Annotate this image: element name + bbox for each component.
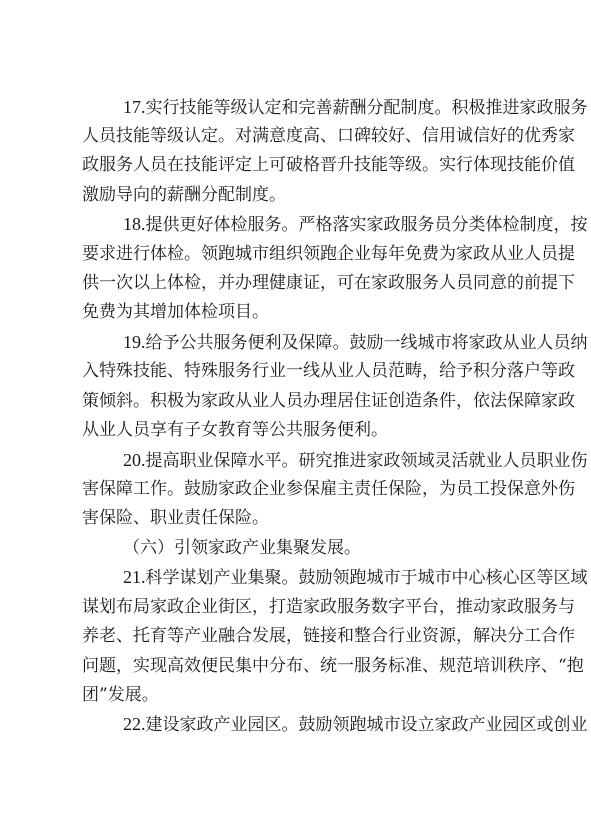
line-text: 科学谋划产业集聚。鼓励领跑城市于城市中心核心区等区域 <box>146 568 588 588</box>
text-line: 免费为其增加体检项目。 <box>82 298 513 327</box>
paragraph-section6: （六）引领家政产业集聚发展。 <box>82 534 513 563</box>
line-text: 给予公共服务便利及保障。鼓励一线城市将家政从业人员纳 <box>146 333 588 353</box>
text-line: 20.提高职业保障水平。研究推进家政领域灵活就业人员职业伤 <box>82 446 513 475</box>
line-text: 政服务人员在技能评定上可破格晋升技能等级。实行体现技能价值 <box>82 155 575 175</box>
text-line: 策倾斜。积极为家政从业人员办理居住证创造条件，依法保障家政 <box>82 387 513 416</box>
text-line: 19.给予公共服务便利及保障。鼓励一线城市将家政从业人员纳 <box>82 328 513 357</box>
paragraph-p21: 21.科学谋划产业集聚。鼓励领跑城市于城市中心核心区等区域谋划布局家政企业街区，… <box>82 563 513 710</box>
text-line: 21.科学谋划产业集聚。鼓励领跑城市于城市中心核心区等区域 <box>82 563 513 592</box>
line-text: 策倾斜。积极为家政从业人员办理居住证创造条件，依法保障家政 <box>82 391 575 411</box>
line-text: 入特殊技能、特殊服务行业一线从业人员范畴，给予积分落户等政 <box>82 361 575 381</box>
paragraph-p20: 20.提高职业保障水平。研究推进家政领域灵活就业人员职业伤害保障工作。鼓励家政企… <box>82 446 513 534</box>
text-line: 22.建设家政产业园区。鼓励领跑城市设立家政产业园区或创业 <box>82 710 513 739</box>
document-body: 17.实行技能等级认定和完善薪酬分配制度。积极推进家政服务人员技能等级认定。对满… <box>82 93 513 740</box>
line-text: 团”发展。 <box>82 685 159 705</box>
item-number: 20. <box>123 450 146 470</box>
paragraph-p17: 17.实行技能等级认定和完善薪酬分配制度。积极推进家政服务人员技能等级认定。对满… <box>82 93 513 211</box>
line-text: 人员技能等级认定。对满意度高、口碑较好、信用诚信好的优秀家 <box>82 126 575 146</box>
text-line: 谋划布局家政企业街区，打造家政服务数字平台，推动家政服务与 <box>82 593 513 622</box>
text-line: （六）引领家政产业集聚发展。 <box>82 534 513 563</box>
text-line: 17.实行技能等级认定和完善薪酬分配制度。积极推进家政服务 <box>82 93 513 122</box>
text-line: 政服务人员在技能评定上可破格晋升技能等级。实行体现技能价值 <box>82 151 513 180</box>
line-text: 害保险、职业责任保险。 <box>82 508 269 528</box>
text-line: 害保障工作。鼓励家政企业参保雇主责任保险，为员工投保意外伤 <box>82 475 513 504</box>
text-line: 入特殊技能、特殊服务行业一线从业人员范畴，给予积分落户等政 <box>82 357 513 386</box>
text-line: 人员技能等级认定。对满意度高、口碑较好、信用诚信好的优秀家 <box>82 122 513 151</box>
line-text: 激励导向的薪酬分配制度。 <box>82 185 286 205</box>
text-line: 问题，实现高效便民集中分布、统一服务标准、规范培训秩序、“抱 <box>82 652 513 681</box>
paragraph-p18: 18.提供更好体检服务。严格落实家政服务员分类体检制度，按要求进行体检。领跑城市… <box>82 210 513 328</box>
document-page: 17.实行技能等级认定和完善薪酬分配制度。积极推进家政服务人员技能等级认定。对满… <box>0 0 591 829</box>
line-text: 要求进行体检。领跑城市组织领跑企业每年免费为家政从业人员提 <box>82 244 575 264</box>
text-line: 团”发展。 <box>82 681 513 710</box>
paragraph-p22: 22.建设家政产业园区。鼓励领跑城市设立家政产业园区或创业 <box>82 710 513 739</box>
line-text: 害保障工作。鼓励家政企业参保雇主责任保险，为员工投保意外伤 <box>82 479 575 499</box>
item-number: 19. <box>123 332 146 352</box>
line-text: 谋划布局家政企业街区，打造家政服务数字平台，推动家政服务与 <box>82 597 575 617</box>
line-text: 实行技能等级认定和完善薪酬分配制度。积极推进家政服务 <box>146 98 588 118</box>
line-text: 从业人员享有子女教育等公共服务便利。 <box>82 420 388 440</box>
item-number: 18. <box>123 214 146 234</box>
text-line: 供一次以上体检，并办理健康证，可在家政服务人员同意的前提下 <box>82 269 513 298</box>
text-line: 从业人员享有子女教育等公共服务便利。 <box>82 416 513 445</box>
text-line: 激励导向的薪酬分配制度。 <box>82 181 513 210</box>
text-line: 养老、托育等产业融合发展，链接和整合行业资源，解决分工合作 <box>82 622 513 651</box>
line-text: 建设家政产业园区。鼓励领跑城市设立家政产业园区或创业 <box>146 715 588 735</box>
paragraph-p19: 19.给予公共服务便利及保障。鼓励一线城市将家政从业人员纳入特殊技能、特殊服务行… <box>82 328 513 446</box>
line-text: （六）引领家政产业集聚发展。 <box>123 538 361 558</box>
line-text: 供一次以上体检，并办理健康证，可在家政服务人员同意的前提下 <box>82 273 575 293</box>
line-text: 提高职业保障水平。研究推进家政领域灵活就业人员职业伤 <box>146 451 588 471</box>
text-line: 要求进行体检。领跑城市组织领跑企业每年免费为家政从业人员提 <box>82 240 513 269</box>
text-line: 18.提供更好体检服务。严格落实家政服务员分类体检制度，按 <box>82 210 513 239</box>
item-number: 17. <box>123 97 146 117</box>
line-text: 免费为其增加体检项目。 <box>82 302 269 322</box>
text-line: 害保险、职业责任保险。 <box>82 504 513 533</box>
line-text: 养老、托育等产业融合发展，链接和整合行业资源，解决分工合作 <box>82 626 575 646</box>
item-number: 21. <box>123 567 146 587</box>
line-text: 提供更好体检服务。严格落实家政服务员分类体检制度，按 <box>146 215 588 235</box>
line-text: 问题，实现高效便民集中分布、统一服务标准、规范培训秩序、“抱 <box>82 656 584 676</box>
item-number: 22. <box>123 714 146 734</box>
